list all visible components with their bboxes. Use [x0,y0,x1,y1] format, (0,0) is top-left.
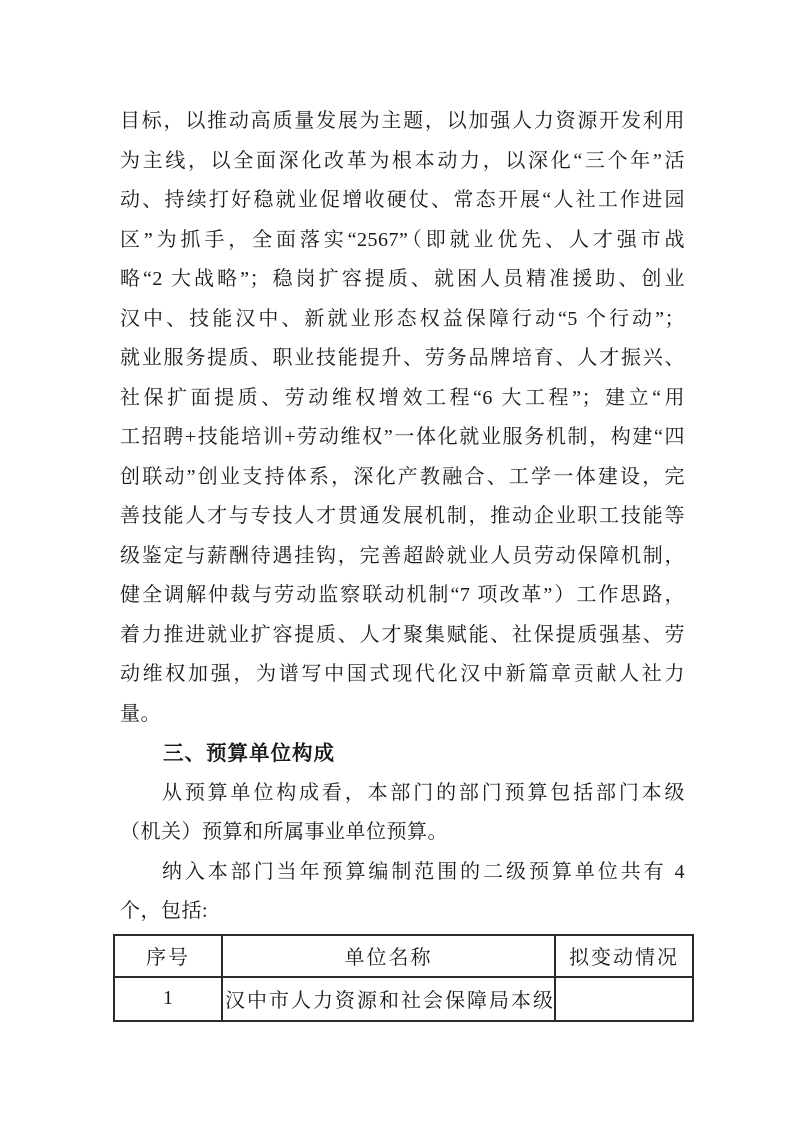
text-line: 个，包括: [120,892,685,932]
table-cell: 汉中市人力资源和社会保障局本级 [222,977,555,1021]
text-line: 汉中、技能汉中、新就业形态权益保障行动“5 个行动”； [120,300,685,340]
paragraph-work-plan: 目标，以推动高质量发展为主题，以加强人力资源开发利用为主线，以全面深化改革为根本… [120,102,685,734]
table-header-cell: 拟变动情况 [555,935,693,977]
table-header-cell: 单位名称 [222,935,555,977]
paragraph-budget-scope: 纳入本部门当年预算编制范围的二级预算单位共有 4个，包括: [120,853,685,932]
section-heading-budget-unit-composition: 三、预算单位构成 [120,734,685,774]
text-line: 社保扩面提质、劳动维权增效工程“6 大工程”；建立“用 [120,379,685,419]
text-line: 工招聘+技能培训+劳动维权”一体化就业服务机制，构建“四 [120,418,685,458]
text-line: 健全调解仲裁与劳动监察联动机制“7 项改革”）工作思路， [120,576,685,616]
text-line: 略“2 大战略”；稳岗扩容提质、就困人员精准援助、创业 [120,260,685,300]
table-header-row: 序号单位名称拟变动情况 [114,935,693,977]
text-line: 就业服务提质、职业技能提升、劳务品牌培育、人才振兴、 [120,339,685,379]
text-line: 从预算单位构成看，本部门的部门预算包括部门本级 [120,774,685,814]
text-line: 区”为抓手，全面落实“2567”（即就业优先、人才强市战 [120,221,685,261]
text-line: 着力推进就业扩容提质、人才聚集赋能、社保提质强基、劳 [120,616,685,656]
text-line: 动维权加强，为谱写中国式现代化汉中新篇章贡献人社力 [120,655,685,695]
document-content: 目标，以推动高质量发展为主题，以加强人力资源开发利用为主线，以全面深化改革为根本… [120,102,685,1022]
text-line: 级鉴定与薪酬待遇挂钩，完善超龄就业人员劳动保障机制， [120,537,685,577]
text-line: 量。 [120,695,685,735]
text-line: 纳入本部门当年预算编制范围的二级预算单位共有 4 [120,853,685,893]
text-line: 为主线，以全面深化改革为根本动力，以深化“三个年”活 [120,142,685,182]
table-row: 1汉中市人力资源和社会保障局本级 [114,977,693,1021]
budget-units-table: 序号单位名称拟变动情况1汉中市人力资源和社会保障局本级 [113,934,694,1022]
table-header-cell: 序号 [114,935,222,977]
text-line: （机关）预算和所属事业单位预算。 [120,813,685,853]
document-page: 目标，以推动高质量发展为主题，以加强人力资源开发利用为主线，以全面深化改革为根本… [0,0,793,1122]
paragraph-budget-composition: 从预算单位构成看，本部门的部门预算包括部门本级（机关）预算和所属事业单位预算。 [120,774,685,853]
text-line: 善技能人才与专技人才贯通发展机制，推动企业职工技能等 [120,497,685,537]
text-line: 目标，以推动高质量发展为主题，以加强人力资源开发利用 [120,102,685,142]
text-line: 动、持续打好稳就业促增收硬仗、常态开展“人社工作进园 [120,181,685,221]
table-cell: 1 [114,977,222,1021]
table-cell [555,977,693,1021]
text-line: 创联动”创业支持体系，深化产教融合、工学一体建设，完 [120,458,685,498]
